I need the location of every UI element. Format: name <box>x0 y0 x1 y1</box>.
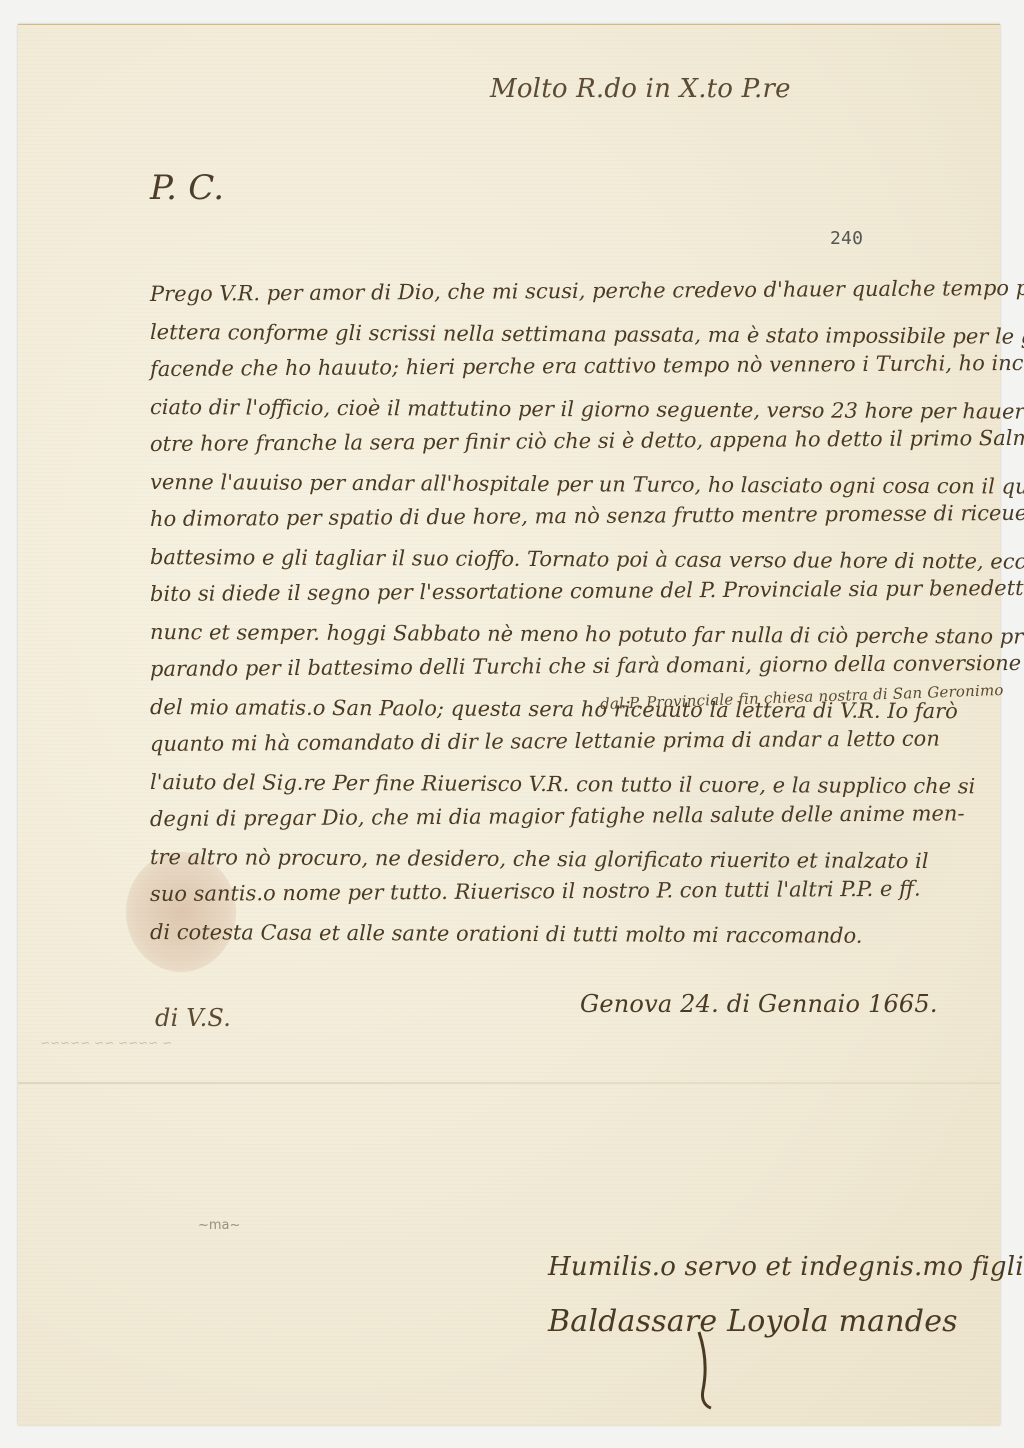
opening-abbreviation: P. C. <box>150 168 224 208</box>
signature-closing: Humilis.o servo et indegnis.mo figlio <box>548 1252 1024 1282</box>
place-and-date: Genova 24. di Gennaio 1665. <box>580 990 938 1018</box>
body-line: otre hore franche la sera per finir ciò … <box>150 420 990 463</box>
body-line: suo santis.o nome per tutto. Riuerisco i… <box>150 870 990 913</box>
body-line: facende che ho hauuto; hieri perche era … <box>150 345 990 388</box>
letter-body: Prego V.R. per amor di Dio, che mi scusi… <box>150 276 990 951</box>
folio-number: 240 <box>830 228 863 249</box>
marginal-mark: ~ma~ <box>198 1218 240 1233</box>
header-address: Molto R.do in X.to P.re <box>490 74 791 104</box>
bleed-through-text: ~ ~~~~ ~~ ~~~~~ <box>40 1036 172 1050</box>
paper-fold-crease <box>18 1082 1000 1084</box>
body-line: degni di pregar Dio, che mi dia magior f… <box>150 795 990 838</box>
body-line: Prego V.R. per amor di Dio, che mi scusi… <box>150 270 990 313</box>
body-line: di cotesta Casa et alle sante orationi d… <box>150 914 990 956</box>
body-line: ho dimorato per spatio di due hore, ma n… <box>150 495 990 538</box>
signature-flourish <box>695 1330 713 1410</box>
signature-name: Baldassare Loyola mandes <box>548 1304 958 1339</box>
body-line: parando per il battesimo delli Turchi ch… <box>150 645 990 688</box>
body-line: quanto mi hà comandato di dir le sacre l… <box>150 720 990 763</box>
closing-formula: di V.S. <box>155 1004 231 1032</box>
body-line: bito si diede il segno per l'essortation… <box>150 570 990 613</box>
